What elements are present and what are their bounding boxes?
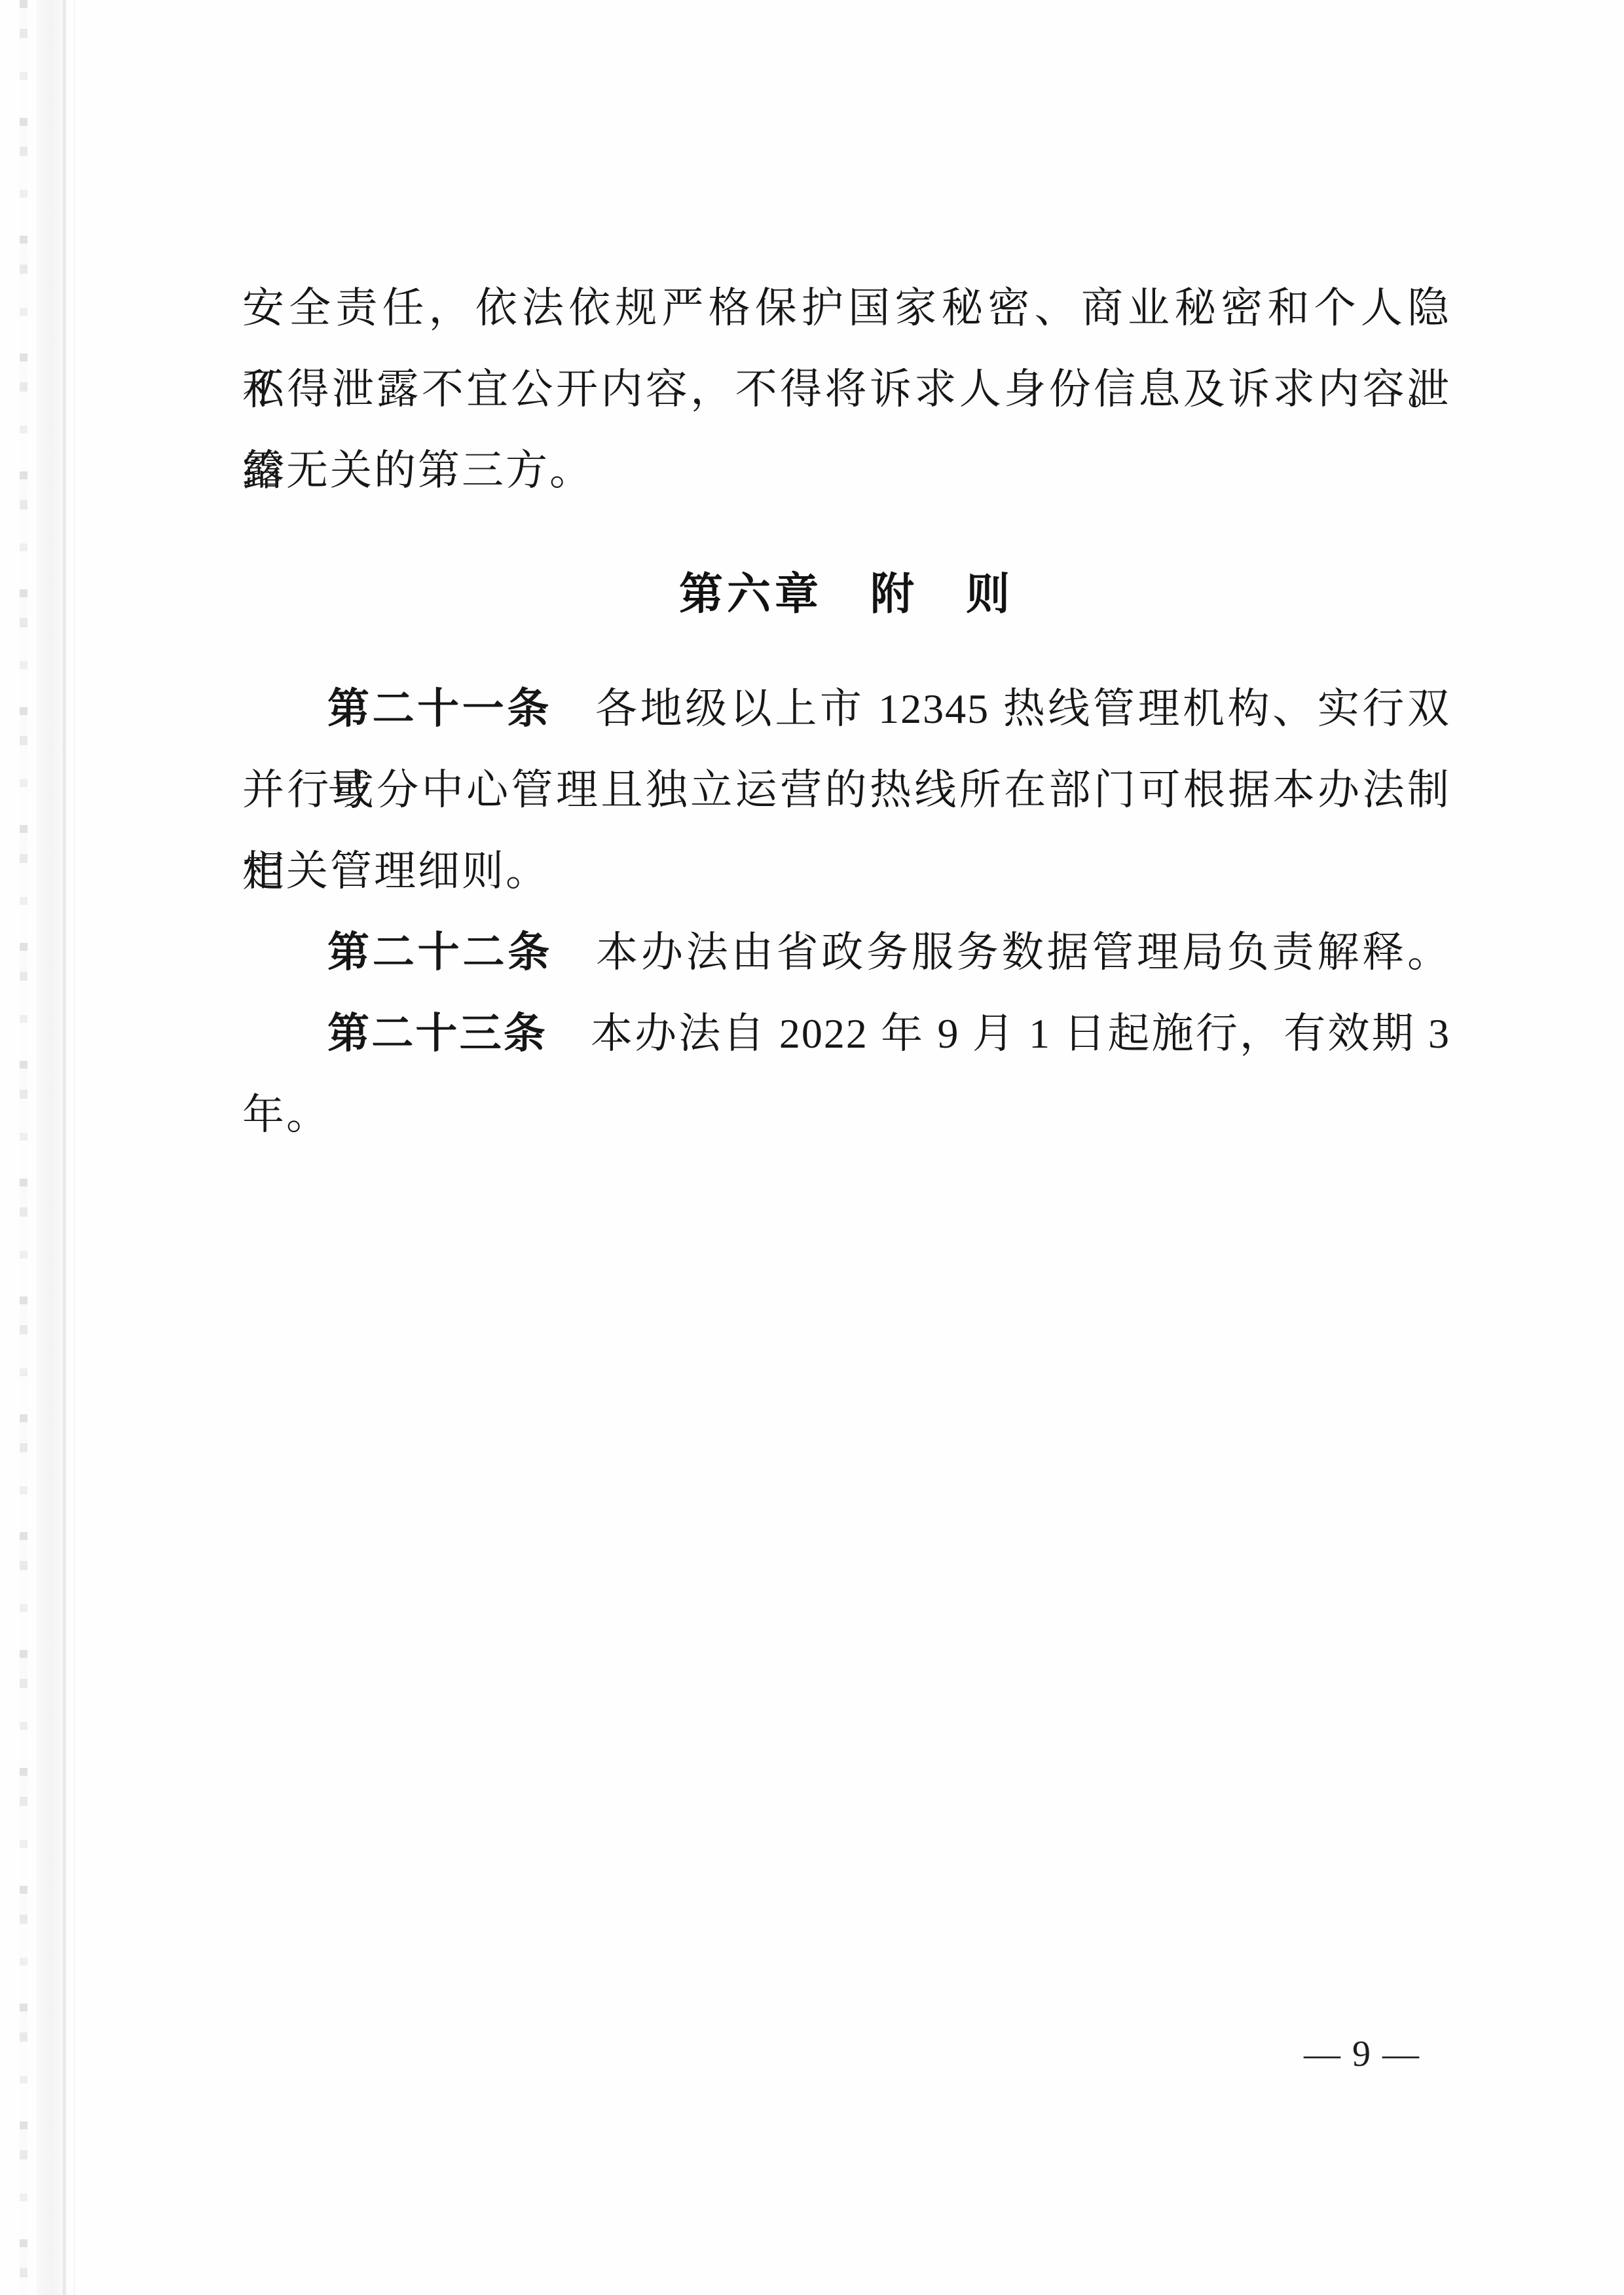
article-21-line-2: 并行或分中心管理且独立运营的热线所在部门可根据本办法制定: [242, 749, 1450, 831]
article-21-term: 第二十一条: [327, 686, 552, 732]
paragraph-line: 安全责任，依法依规严格保护国家秘密、商业秘密和个人隐私。: [242, 267, 1450, 349]
scan-streak-faint: [73, 0, 75, 2295]
chapter-heading: 第六章 附 则: [242, 554, 1450, 636]
scan-streak-speckle: [20, 0, 28, 2295]
article-23-term: 第二十三条: [327, 1010, 547, 1057]
article-21-line-1: 第二十一条各地级以上市 12345 热线管理机构、实行双号: [327, 668, 1450, 750]
article-21-line-3: 相关管理细则。: [242, 830, 1450, 912]
article-22-term: 第二十二条: [327, 929, 553, 976]
scan-streak-line: [63, 0, 66, 2295]
article-22-text: 本办法由省政务服务数据管理局负责解释。: [596, 929, 1450, 976]
article-23-line-2: 年。: [242, 1074, 1450, 1156]
page-number: — 9 —: [1264, 2031, 1460, 2077]
paragraph-line: 不得泄露不宜公开内容，不得将诉求人身份信息及诉求内容泄露: [242, 348, 1450, 430]
article-22-line: 第二十二条本办法由省政务服务数据管理局负责解释。: [327, 911, 1450, 993]
article-23-line-1: 第二十三条本办法自 2022 年 9 月 1 日起施行，有效期 3: [327, 993, 1450, 1074]
paragraph-line: 给无关的第三方。: [242, 430, 1450, 511]
scanned-document-page: 安全责任，依法依规严格保护国家秘密、商业秘密和个人隐私。 不得泄露不宜公开内容，…: [0, 0, 1624, 2295]
scan-streak-band: [37, 0, 64, 2295]
article-23-text: 本办法自 2022 年 9 月 1 日起施行，有效期 3: [591, 1010, 1450, 1057]
